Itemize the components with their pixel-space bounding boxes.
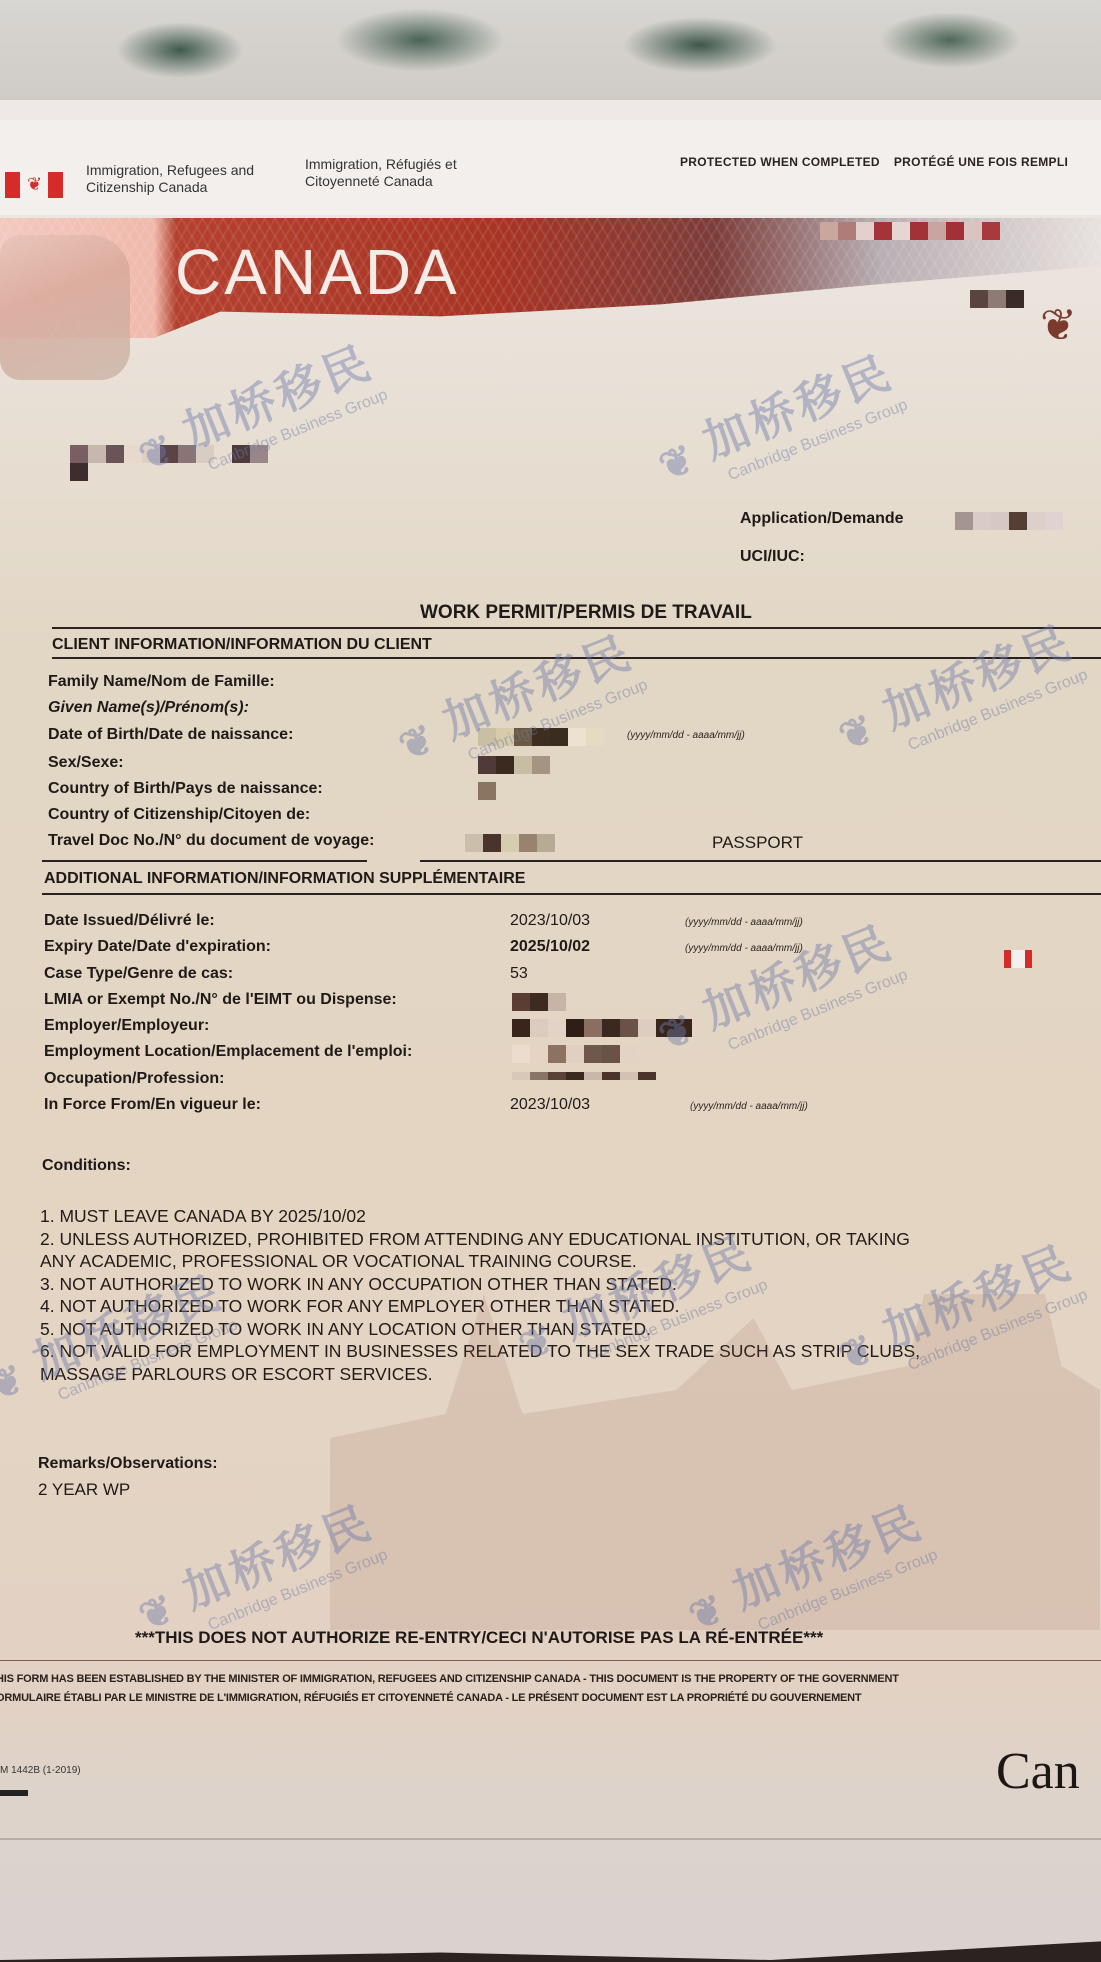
date-format-hint: (yyyy/mm/dd - aaaa/mm/jj) [685,917,803,928]
date-format-hint: (yyyy/mm/dd - aaaa/mm/jj) [627,730,745,741]
barcode-icon [0,1790,28,1796]
divider [42,893,1101,895]
client-field-label: Travel Doc No./N° du document de voyage: [48,832,374,850]
condition-line: 4. NOT AUTHORIZED TO WORK FOR ANY EMPLOY… [40,1295,1070,1318]
condition-line: 3. NOT AUTHORIZED TO WORK IN ANY OCCUPAT… [40,1273,1070,1296]
redacted-value [512,1045,638,1063]
divider [420,860,1101,862]
client-info-heading: CLIENT INFORMATION/INFORMATION DU CLIENT [52,636,432,654]
redacted-value [478,782,496,800]
paper-fold-edge [0,1838,1101,1840]
redacted-value [512,1072,656,1080]
redacted-header-field [970,290,1024,308]
conditions-label: Conditions: [42,1157,131,1175]
client-field-label: Given Name(s)/Prénom(s): [48,699,249,717]
additional-field-label: Expiry Date/Date d'expiration: [44,938,271,956]
redacted-value [465,834,555,852]
redacted-name [70,445,270,481]
uci-label: UCI/IUC: [740,548,805,566]
travel-doc-type: PASSPORT [712,833,803,853]
department-name-en: Immigration, Refugees and Citizenship Ca… [86,162,254,196]
additional-field-label: LMIA or Exempt No./N° de l'EIMT ou Dispe… [44,991,397,1009]
additional-field-label: Employment Location/Emplacement de l'emp… [44,1043,412,1061]
client-field-label: Sex/Sexe: [48,754,124,772]
additional-info-heading: ADDITIONAL INFORMATION/INFORMATION SUPPL… [44,870,525,888]
redacted-value [478,728,604,746]
application-number-label: Application/Demande [740,510,904,528]
canada-flag-icon: ❦ [5,172,63,198]
condition-line: 1. MUST LEAVE CANADA BY 2025/10/02 [40,1205,1070,1228]
form-number: M 1442B (1-2019) [0,1765,81,1776]
condition-line: 2. UNLESS AUTHORIZED, PROHIBITED FROM AT… [40,1228,1070,1251]
additional-field-value: 53 [510,965,528,983]
department-name-fr: Immigration, Réfugiés et Citoyenneté Can… [305,156,457,190]
client-field-label: Date of Birth/Date de naissance: [48,726,293,744]
date-format-hint: (yyyy/mm/dd - aaaa/mm/jj) [685,943,803,954]
application-number-value [955,512,1063,530]
condition-line: ANY ACADEMIC, PROFESSIONAL OR VOCATIONAL… [40,1250,1070,1273]
divider [0,1660,1101,1661]
client-field-label: Family Name/Nom de Famille: [48,673,275,691]
additional-field-label: Date Issued/Délivré le: [44,912,215,930]
redacted-header-field [820,222,1000,240]
legal-notice-en: HIS FORM HAS BEEN ESTABLISHED BY THE MIN… [0,1673,899,1685]
protected-notice: PROTECTED WHEN COMPLETEDPROTÉGÉ UNE FOIS… [680,155,1068,169]
client-field-label: Country of Citizenship/Citoyen de: [48,806,310,824]
maple-leaf-icon: ❦ [1040,300,1077,351]
additional-field-value: 2023/10/03 [510,1096,590,1114]
additional-field-value: 2023/10/03 [510,912,590,930]
security-photo [0,235,130,380]
canada-wordmark: Can [996,1742,1080,1801]
additional-field-label: Case Type/Genre de cas: [44,965,233,983]
redacted-value [512,993,566,1011]
redacted-value [478,756,550,774]
date-format-hint: (yyyy/mm/dd - aaaa/mm/jj) [690,1101,808,1112]
additional-field-label: In Force From/En vigueur le: [44,1096,261,1114]
form-title: WORK PERMIT/PERMIS DE TRAVAIL [420,602,752,624]
banner-title: CANADA [175,235,460,309]
additional-field-label: Employer/Employeur: [44,1017,209,1035]
background-fabric [0,0,1101,110]
remarks-value: 2 YEAR WP [38,1480,130,1500]
reentry-notice: ***THIS DOES NOT AUTHORIZE RE-ENTRY/CECI… [135,1628,823,1648]
client-field-label: Country of Birth/Pays de naissance: [48,780,323,798]
divider [52,627,1101,629]
divider [52,657,1101,659]
legal-notice-fr: ORMULAIRE ÉTABLI PAR LE MINISTRE DE L'IM… [0,1692,861,1704]
divider [42,860,367,862]
remarks-label: Remarks/Observations: [38,1455,218,1473]
additional-field-value: 2025/10/02 [510,938,590,956]
additional-field-label: Occupation/Profession: [44,1070,224,1088]
canada-flag-icon [1004,950,1032,968]
redacted-value [512,1019,692,1037]
